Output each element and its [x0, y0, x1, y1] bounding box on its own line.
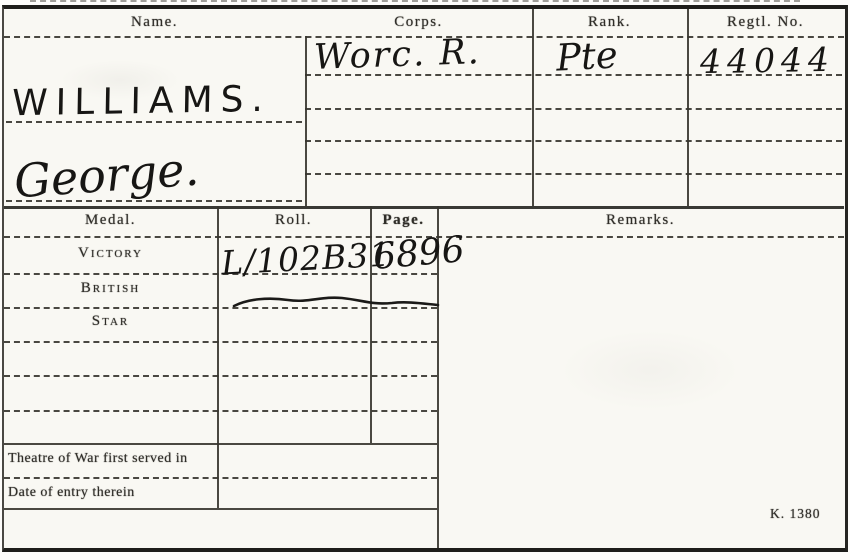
grid-line-horizontal: [4, 443, 437, 445]
rank-entry: Pte: [555, 36, 619, 76]
grid-line-vertical: [532, 9, 534, 206]
medal-row-star-label: Star: [4, 313, 217, 330]
corps-entry: Worc. R.: [313, 35, 481, 76]
rank-column-header: Rank.: [532, 14, 687, 31]
grid-line-vertical: [217, 206, 219, 508]
page-column-header: Page.: [370, 212, 437, 229]
medal-index-card-scan: Name. Corps. Rank. Regtl. No. Medal. Rol…: [0, 0, 850, 560]
grid-line-horizontal: [305, 173, 842, 175]
surname-entry: WILLIAMS.: [12, 82, 272, 123]
grid-line-vertical: [687, 9, 689, 206]
regtl-no-entry: 44044: [700, 43, 836, 78]
grid-line-horizontal: [4, 508, 437, 510]
card-top-edge: [30, 0, 800, 2]
ditto-squiggle-icon: [230, 290, 442, 314]
name-column-header: Name.: [4, 14, 305, 31]
medal-row-victory-label: Victory: [4, 245, 217, 262]
roll-column-header: Roll.: [217, 212, 370, 229]
date-of-entry-label: Date of entry therein: [8, 485, 135, 501]
theatre-of-war-label: Theatre of War first served in: [8, 451, 188, 467]
grid-line-horizontal: [305, 108, 842, 110]
corps-column-header: Corps.: [305, 14, 532, 31]
regtl-no-column-header: Regtl. No.: [687, 14, 844, 31]
medal-row-british-label: British: [4, 280, 217, 297]
roll-entry: L/102B31: [220, 238, 392, 280]
page-entry: 6896: [372, 232, 466, 276]
medal-column-header: Medal.: [4, 212, 217, 229]
grid-line-horizontal: [4, 477, 437, 479]
grid-line-horizontal: [4, 410, 437, 412]
grid-line-horizontal: [4, 341, 437, 343]
section-divider-line: [4, 206, 844, 209]
grid-line-horizontal: [305, 140, 842, 142]
grid-line-vertical: [305, 36, 307, 206]
forename-entry: George.: [13, 146, 201, 205]
grid-line-horizontal: [4, 375, 437, 377]
remarks-column-header: Remarks.: [437, 212, 844, 229]
form-code: K. 1380: [770, 506, 821, 522]
